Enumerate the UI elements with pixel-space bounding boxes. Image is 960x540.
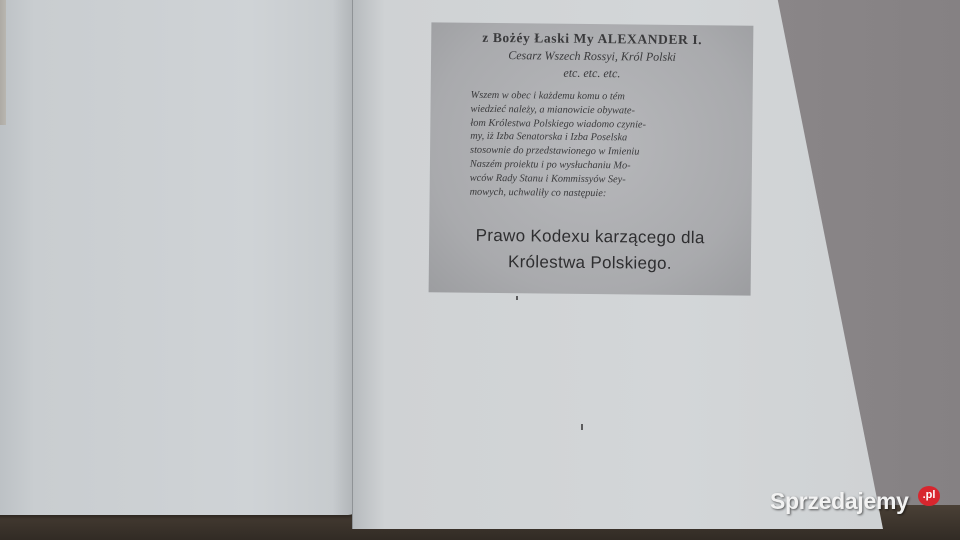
body-line: mowych, uchwaliły co następuie: [470,185,734,202]
facsimile-plate: z Bożéy Łaski My ALEXANDER I. Cesarz Wsz… [429,22,754,295]
title-line: Królestwa Polskiego. [429,249,751,278]
page-edge-shadow [0,0,6,125]
paper-speck [516,296,518,300]
paper-speck [581,424,583,430]
title-line: Prawo Kodexu karzącego dla [429,223,751,252]
watermark-logo: Sprzedajemy [770,488,909,515]
plate-body: Wszem w obec i każdemu komu o tém wiedzi… [430,80,753,202]
plate-title: Prawo Kodexu karzącego dla Królestwa Pol… [429,223,752,278]
watermark-badge: .pl [918,486,940,506]
left-page [0,0,362,515]
